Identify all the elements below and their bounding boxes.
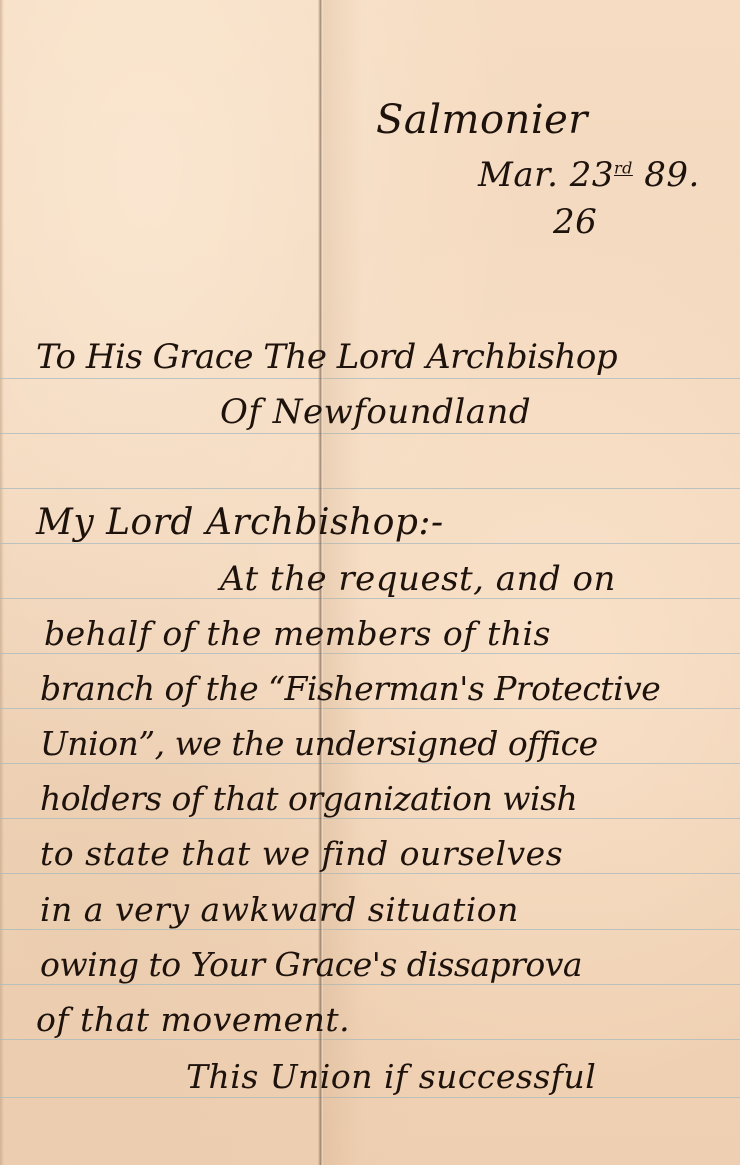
body-line: owing to Your Grace's dissaprova: [40, 948, 582, 981]
body-line: to state that we find ourselves: [40, 837, 563, 870]
ruled-line: [0, 1039, 740, 1040]
salutation: My Lord Archbishop:-: [36, 505, 444, 541]
ruled-line: [0, 543, 740, 544]
addressee-line-1: To His Grace The Lord Archbishop: [36, 340, 617, 374]
ruled-line: [0, 873, 740, 874]
letter-place: Salmonier: [376, 100, 588, 140]
body-line: in a very awkward situation: [40, 893, 519, 926]
body-line: of that movement.: [36, 1003, 350, 1036]
paper-edge: [0, 0, 4, 1165]
ruled-line: [0, 984, 740, 985]
ruled-line: [0, 378, 740, 379]
letter-date: Mar. 23rd 89.: [478, 158, 700, 192]
letter-page: Salmonier Mar. 23rd 89. 26 To His Grace …: [0, 0, 740, 1165]
body-line: behalf of the members of this: [44, 617, 551, 650]
date-day: Mar. 23: [478, 155, 614, 195]
ruled-line: [0, 1097, 740, 1098]
date-ordinal: rd: [614, 159, 633, 178]
ruled-line: [0, 653, 740, 654]
body-line: Union”, we the undersigned office: [40, 727, 598, 760]
body-line: At the request, and on: [220, 562, 616, 596]
document-number: 26: [553, 205, 597, 239]
body-line: This Union if successful: [186, 1060, 596, 1093]
ruled-line: [0, 488, 740, 489]
ruled-line: [0, 763, 740, 764]
body-line: holders of that organization wish: [40, 782, 577, 815]
ruled-line: [0, 433, 740, 434]
ruled-line: [0, 708, 740, 709]
addressee-line-2: Of Newfoundland: [220, 395, 531, 429]
date-year: 89.: [644, 155, 700, 195]
body-line: branch of the “Fisherman's Protective: [40, 672, 660, 705]
ruled-line: [0, 929, 740, 930]
ruled-line: [0, 818, 740, 819]
